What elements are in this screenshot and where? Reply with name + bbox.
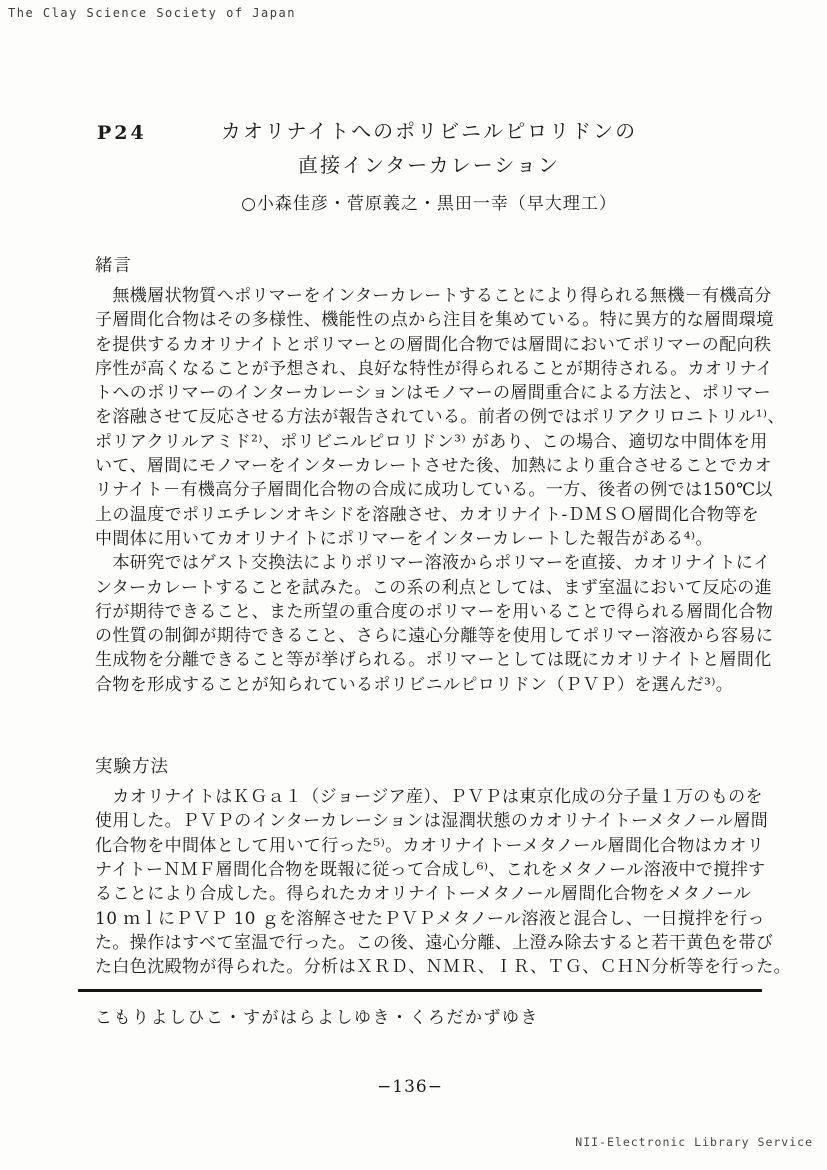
text-line: リナイト－有機高分子層間化合物の合成に成功している。一方、後者の例では150℃以 [95,478,763,502]
text-line: 使用した。ＰＶＰのインターカレーションは湿潤状態のカオリナイトーメタノール層間 [95,809,763,833]
section-introduction: 緒言 無機層状物質へポリマーをインターカレートすることにより得られる無機－有機高… [95,254,763,697]
title-block: P24 カオリナイトへのポリビニルピロリドンの 直接インターカレーション ○小森… [95,114,763,214]
publisher-header: The Clay Science Society of Japan [8,6,296,20]
page-number: −136− [0,1077,820,1097]
text-line: た。操作はすべて室温で行った。この後、遠心分離、上澄み除去すると若干黄色を帯び [95,931,763,955]
text-line: ポリアクリルアミド²⁾、ポリビニルピロリドン³⁾ があり、この場合、適切な中間体… [95,430,763,454]
text-line: 化合物を中間体として用いて行った⁵⁾。カオリナイトーメタノール層間化合物はカオリ [95,834,763,858]
document-page: The Clay Science Society of Japan P24 カオ… [0,0,827,1170]
text-line: 行が期待できること、また所望の重合度のポリマーを用いることで得られる層間化合物 [95,600,763,624]
text-line: カオリナイトはＫＧａ１（ジョージア産）、ＰＶＰは東京化成の分子量１万のものを [95,785,763,809]
library-service-note: NII-Electronic Library Service [575,1135,813,1149]
text-line: 合物を形成することが知られているポリビニルピロリドン（ＰＶＰ）を選んだ³⁾。 [95,673,763,697]
methods-heading: 実験方法 [95,755,763,779]
text-line: ることにより合成した。得られたカオリナイトーメタノール層間化合物をメタノール [95,882,763,906]
text-line: 生成物を分離できること等が挙げられる。ポリマーとしては既にカオリナイトと層間化 [95,648,763,672]
text-line: を溶融させて反応させる方法が報告されている。前者の例ではポリアクリロニトリル¹⁾… [95,405,763,429]
text-line: 子層間化合物はその多様性、機能性の点から注目を集めている。特に異方的な層間環境 [95,308,763,332]
methods-paragraph: カオリナイトはＫＧａ１（ジョージア産）、ＰＶＰは東京化成の分子量１万のものを使用… [95,785,763,979]
text-line: 上の温度でポリエチレンオキシドを溶融させ、カオリナイト-ＤＭＳＯ層間化合物等を [95,503,763,527]
authors: ○小森佳彦・菅原義之・黒田一幸（早大理工） [95,189,763,214]
text-line: 序性が高くなることが予想され、良好な特性が得られることが期待される。カオリナイ [95,357,763,381]
text-line: ンターカレートすることを試みた。この系の利点としては、まず室温において反応の進 [95,576,763,600]
footer-divider [78,989,762,992]
text-line: た白色沈殿物が得られた。分析はＸＲＤ、ＮＭＲ、ＩＲ、ＴＧ、ＣＨＮ分析等を行った。 [95,955,763,979]
text-line: トへのポリマーのインターカレーションはモノマーの層間重合による方法と、ポリマー [95,381,763,405]
text-line: 10 ｍｌにＰＶＰ 10 ｇを溶解させたＰＶＰメタノール溶液と混合し、一日撹拌を… [95,907,763,931]
paper-title-line-2: 直接インターカレーション [95,148,763,182]
text-line: 本研究ではゲスト交換法によりポリマー溶液からポリマーを直接、カオリナイトにイ [95,551,763,575]
text-line: 無機層状物質へポリマーをインターカレートすることにより得られる無機－有機高分 [95,284,763,308]
paper-number: P24 [97,122,147,144]
text-line: ナイトーＮＭＦ層間化合物を既報に従って合成し⁶⁾、これをメタノール溶液中で撹拌す [95,858,763,882]
section-experimental-methods: 実験方法 カオリナイトはＫＧａ１（ジョージア産）、ＰＶＰは東京化成の分子量１万の… [95,755,763,979]
author-furigana: こもりよしひこ・すがはらよしゆき・くろだかずゆき [95,1003,539,1028]
body-content: 緒言 無機層状物質へポリマーをインターカレートすることにより得られる無機－有機高… [95,254,763,979]
text-line: の性質の制御が期待できること、さらに遠心分離等を使用してポリマー溶液から容易に [95,624,763,648]
introduction-heading: 緒言 [95,254,763,278]
text-line: を提供するカオリナイトとポリマーとの層間化合物では層間においてポリマーの配向秩 [95,333,763,357]
text-line: いて、層間にモノマーをインターカレートさせた後、加熱により重合させることでカオ [95,454,763,478]
text-line: 中間体に用いてカオリナイトにポリマーをインターカレートした報告がある⁴⁾。 [95,527,763,551]
introduction-paragraph: 無機層状物質へポリマーをインターカレートすることにより得られる無機－有機高分子層… [95,284,763,697]
paper-title-line-1: カオリナイトへのポリビニルピロリドンの [95,114,763,148]
